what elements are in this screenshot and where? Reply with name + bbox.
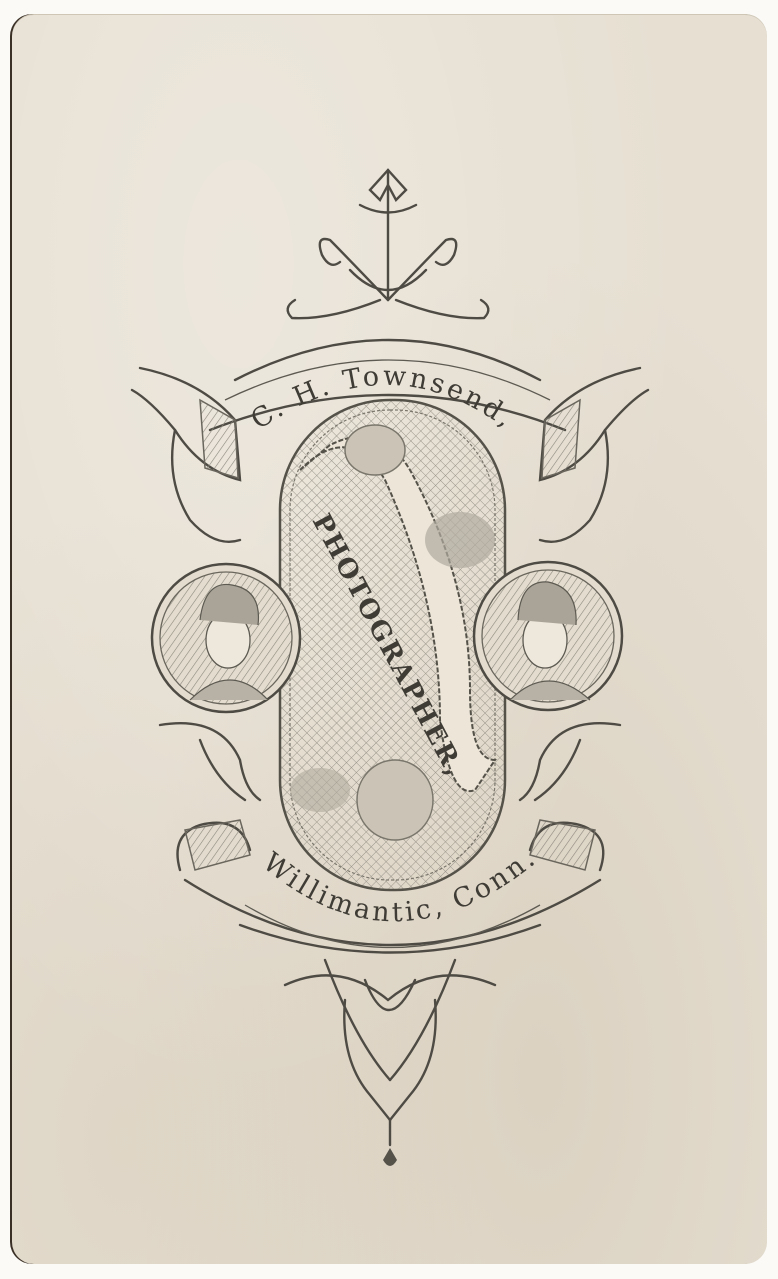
bottom-pendant-ornament: [285, 960, 495, 1166]
left-portrait-medallion: [152, 564, 300, 712]
right-portrait-medallion: [474, 562, 622, 710]
top-finial-ornament: [288, 170, 489, 318]
engraved-emblem: C. H. Townsend, PHOTOGRAPHER,: [0, 0, 778, 1279]
